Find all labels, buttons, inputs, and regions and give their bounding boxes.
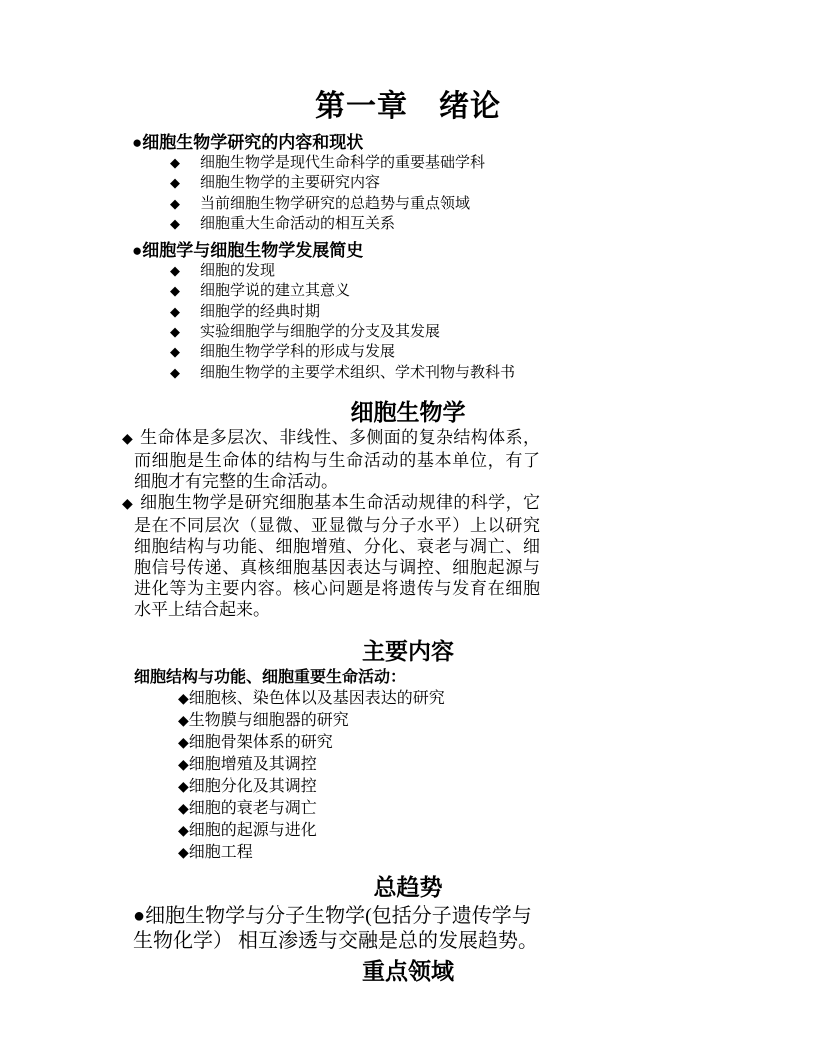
outline-list-history: ◆细胞的发现 ◆细胞学说的建立其意义 ◆细胞学的经典时期 ◆实验细胞学与细胞学的… bbox=[0, 261, 816, 383]
diamond-bullet-icon: ◆ bbox=[170, 153, 200, 172]
main-content-item: ◆细胞增殖及其调控 bbox=[178, 754, 816, 776]
diamond-bullet-icon: ◆ bbox=[170, 302, 200, 321]
outline-item-label: 实验细胞学与细胞学的分支及其发展 bbox=[200, 324, 440, 340]
section-heading-main-content: 主要内容 bbox=[0, 638, 816, 666]
outline-item: ◆细胞生物学的主要研究内容 bbox=[170, 173, 816, 193]
trend-paragraph: ●细胞生物学与分子生物学(包括分子遗传学与生物化学） 相互渗透与交融是总的发展趋… bbox=[133, 904, 549, 954]
main-content-item: ◆细胞分化及其调控 bbox=[178, 776, 816, 798]
outline-item-label: 细胞生物学是现代生命科学的重要基础学科 bbox=[200, 155, 485, 171]
diamond-bullet-icon: ◆ bbox=[178, 802, 189, 817]
outline-item-label: 细胞生物学的主要研究内容 bbox=[200, 175, 380, 191]
main-content-item-label: 细胞的起源与进化 bbox=[189, 822, 317, 839]
main-content-item-label: 细胞分化及其调控 bbox=[189, 778, 317, 795]
main-content-item-label: 细胞骨架体系的研究 bbox=[189, 734, 333, 751]
diamond-bullet-icon: ◆ bbox=[170, 173, 200, 192]
diamond-bullet-icon: ◆ bbox=[170, 281, 200, 300]
main-content-item: ◆生物膜与细胞器的研究 bbox=[178, 710, 816, 732]
main-content-intro: 细胞结构与功能、细胞重要生命活动： bbox=[134, 668, 816, 688]
main-content-item-label: 细胞工程 bbox=[189, 844, 253, 861]
diamond-bullet-icon: ◆ bbox=[170, 363, 200, 382]
diamond-bullet-icon: ◆ bbox=[170, 214, 200, 233]
main-content-item: ◆细胞的起源与进化 bbox=[178, 820, 816, 842]
diamond-bullet-icon: ◆ bbox=[178, 846, 189, 861]
diamond-bullet-icon: ◆ bbox=[178, 758, 189, 773]
outline-item: ◆细胞学的经典时期 bbox=[170, 302, 816, 322]
diamond-bullet-icon: ◆ bbox=[178, 692, 189, 707]
main-content-list: ◆细胞核、染色体以及基因表达的研究 ◆生物膜与细胞器的研究 ◆细胞骨架体系的研究… bbox=[0, 688, 816, 864]
section-heading-trend: 总趋势 bbox=[0, 874, 816, 902]
main-content-item: ◆细胞骨架体系的研究 bbox=[178, 732, 816, 754]
diamond-bullet-icon: ◆ bbox=[122, 497, 133, 512]
page-title: 第一章 绪论 bbox=[0, 0, 816, 126]
diamond-bullet-icon: ◆ bbox=[178, 780, 189, 795]
outline-item-label: 细胞生物学学科的形成与发展 bbox=[200, 344, 395, 360]
outline-item: ◆实验细胞学与细胞学的分支及其发展 bbox=[170, 322, 816, 342]
outline-item-label: 细胞生物学的主要学术组织、学术刊物与教科书 bbox=[200, 365, 515, 381]
outline-item-label: 细胞重大生命活动的相互关系 bbox=[200, 216, 395, 232]
main-content-item-label: 细胞的衰老与凋亡 bbox=[189, 800, 317, 817]
body-paragraph-definition: ◆细胞生物学是研究细胞基本生命活动规律的科学，它是在不同层次（显微、亚显微与分子… bbox=[134, 492, 540, 620]
main-content-item-label: 细胞核、染色体以及基因表达的研究 bbox=[189, 690, 445, 707]
main-content-item: ◆细胞工程 bbox=[178, 842, 816, 864]
outline-item: ◆当前细胞生物学研究的总趋势与重点领域 bbox=[170, 194, 816, 214]
outline-item-label: 细胞的发现 bbox=[200, 263, 275, 279]
outline-item-label: 细胞学的经典时期 bbox=[200, 304, 320, 320]
body-paragraph-text: 细胞生物学是研究细胞基本生命活动规律的科学，它是在不同层次（显微、亚显微与分子水… bbox=[134, 493, 540, 619]
main-content-item-label: 生物膜与细胞器的研究 bbox=[189, 712, 349, 729]
outline-item: ◆细胞生物学是现代生命科学的重要基础学科 bbox=[170, 153, 816, 173]
diamond-bullet-icon: ◆ bbox=[170, 261, 200, 280]
diamond-bullet-icon: ◆ bbox=[178, 824, 189, 839]
body-paragraph-text: 生命体是多层次、非线性、多侧面的复杂结构体系，而细胞是生命体的结构与生命活动的基… bbox=[134, 428, 540, 491]
outline-section-heading-history: ●细胞学与细胞生物学发展简史 bbox=[132, 240, 816, 261]
main-content-item-label: 细胞增殖及其调控 bbox=[189, 756, 317, 773]
diamond-bullet-icon: ◆ bbox=[170, 342, 200, 361]
diamond-bullet-icon: ◆ bbox=[178, 736, 189, 751]
diamond-bullet-icon: ◆ bbox=[170, 194, 200, 213]
section-heading-cell-biology: 细胞生物学 bbox=[0, 399, 816, 427]
outline-section-heading-contents: ●细胞生物学研究的内容和现状 bbox=[132, 132, 816, 153]
outline-item: ◆细胞重大生命活动的相互关系 bbox=[170, 214, 816, 234]
diamond-bullet-icon: ◆ bbox=[170, 322, 200, 341]
outline-item-label: 细胞学说的建立其意义 bbox=[200, 283, 350, 299]
section-heading-key-areas: 重点领域 bbox=[0, 958, 816, 986]
diamond-bullet-icon: ◆ bbox=[178, 714, 189, 729]
outline-list-contents: ◆细胞生物学是现代生命科学的重要基础学科 ◆细胞生物学的主要研究内容 ◆当前细胞… bbox=[0, 153, 816, 234]
outline-item: ◆细胞学说的建立其意义 bbox=[170, 281, 816, 301]
outline-item: ◆细胞的发现 bbox=[170, 261, 816, 281]
outline-item: ◆细胞生物学的主要学术组织、学术刊物与教科书 bbox=[170, 363, 816, 383]
outline-item: ◆细胞生物学学科的形成与发展 bbox=[170, 342, 816, 362]
main-content-item: ◆细胞的衰老与凋亡 bbox=[178, 798, 816, 820]
document-page: 第一章 绪论 ●细胞生物学研究的内容和现状 ◆细胞生物学是现代生命科学的重要基础… bbox=[0, 0, 816, 1056]
outline-item-label: 当前细胞生物学研究的总趋势与重点领域 bbox=[200, 196, 470, 212]
body-paragraph-life-system: ◆生命体是多层次、非线性、多侧面的复杂结构体系，而细胞是生命体的结构与生命活动的… bbox=[134, 427, 540, 492]
main-content-item: ◆细胞核、染色体以及基因表达的研究 bbox=[178, 688, 816, 710]
diamond-bullet-icon: ◆ bbox=[122, 432, 133, 447]
